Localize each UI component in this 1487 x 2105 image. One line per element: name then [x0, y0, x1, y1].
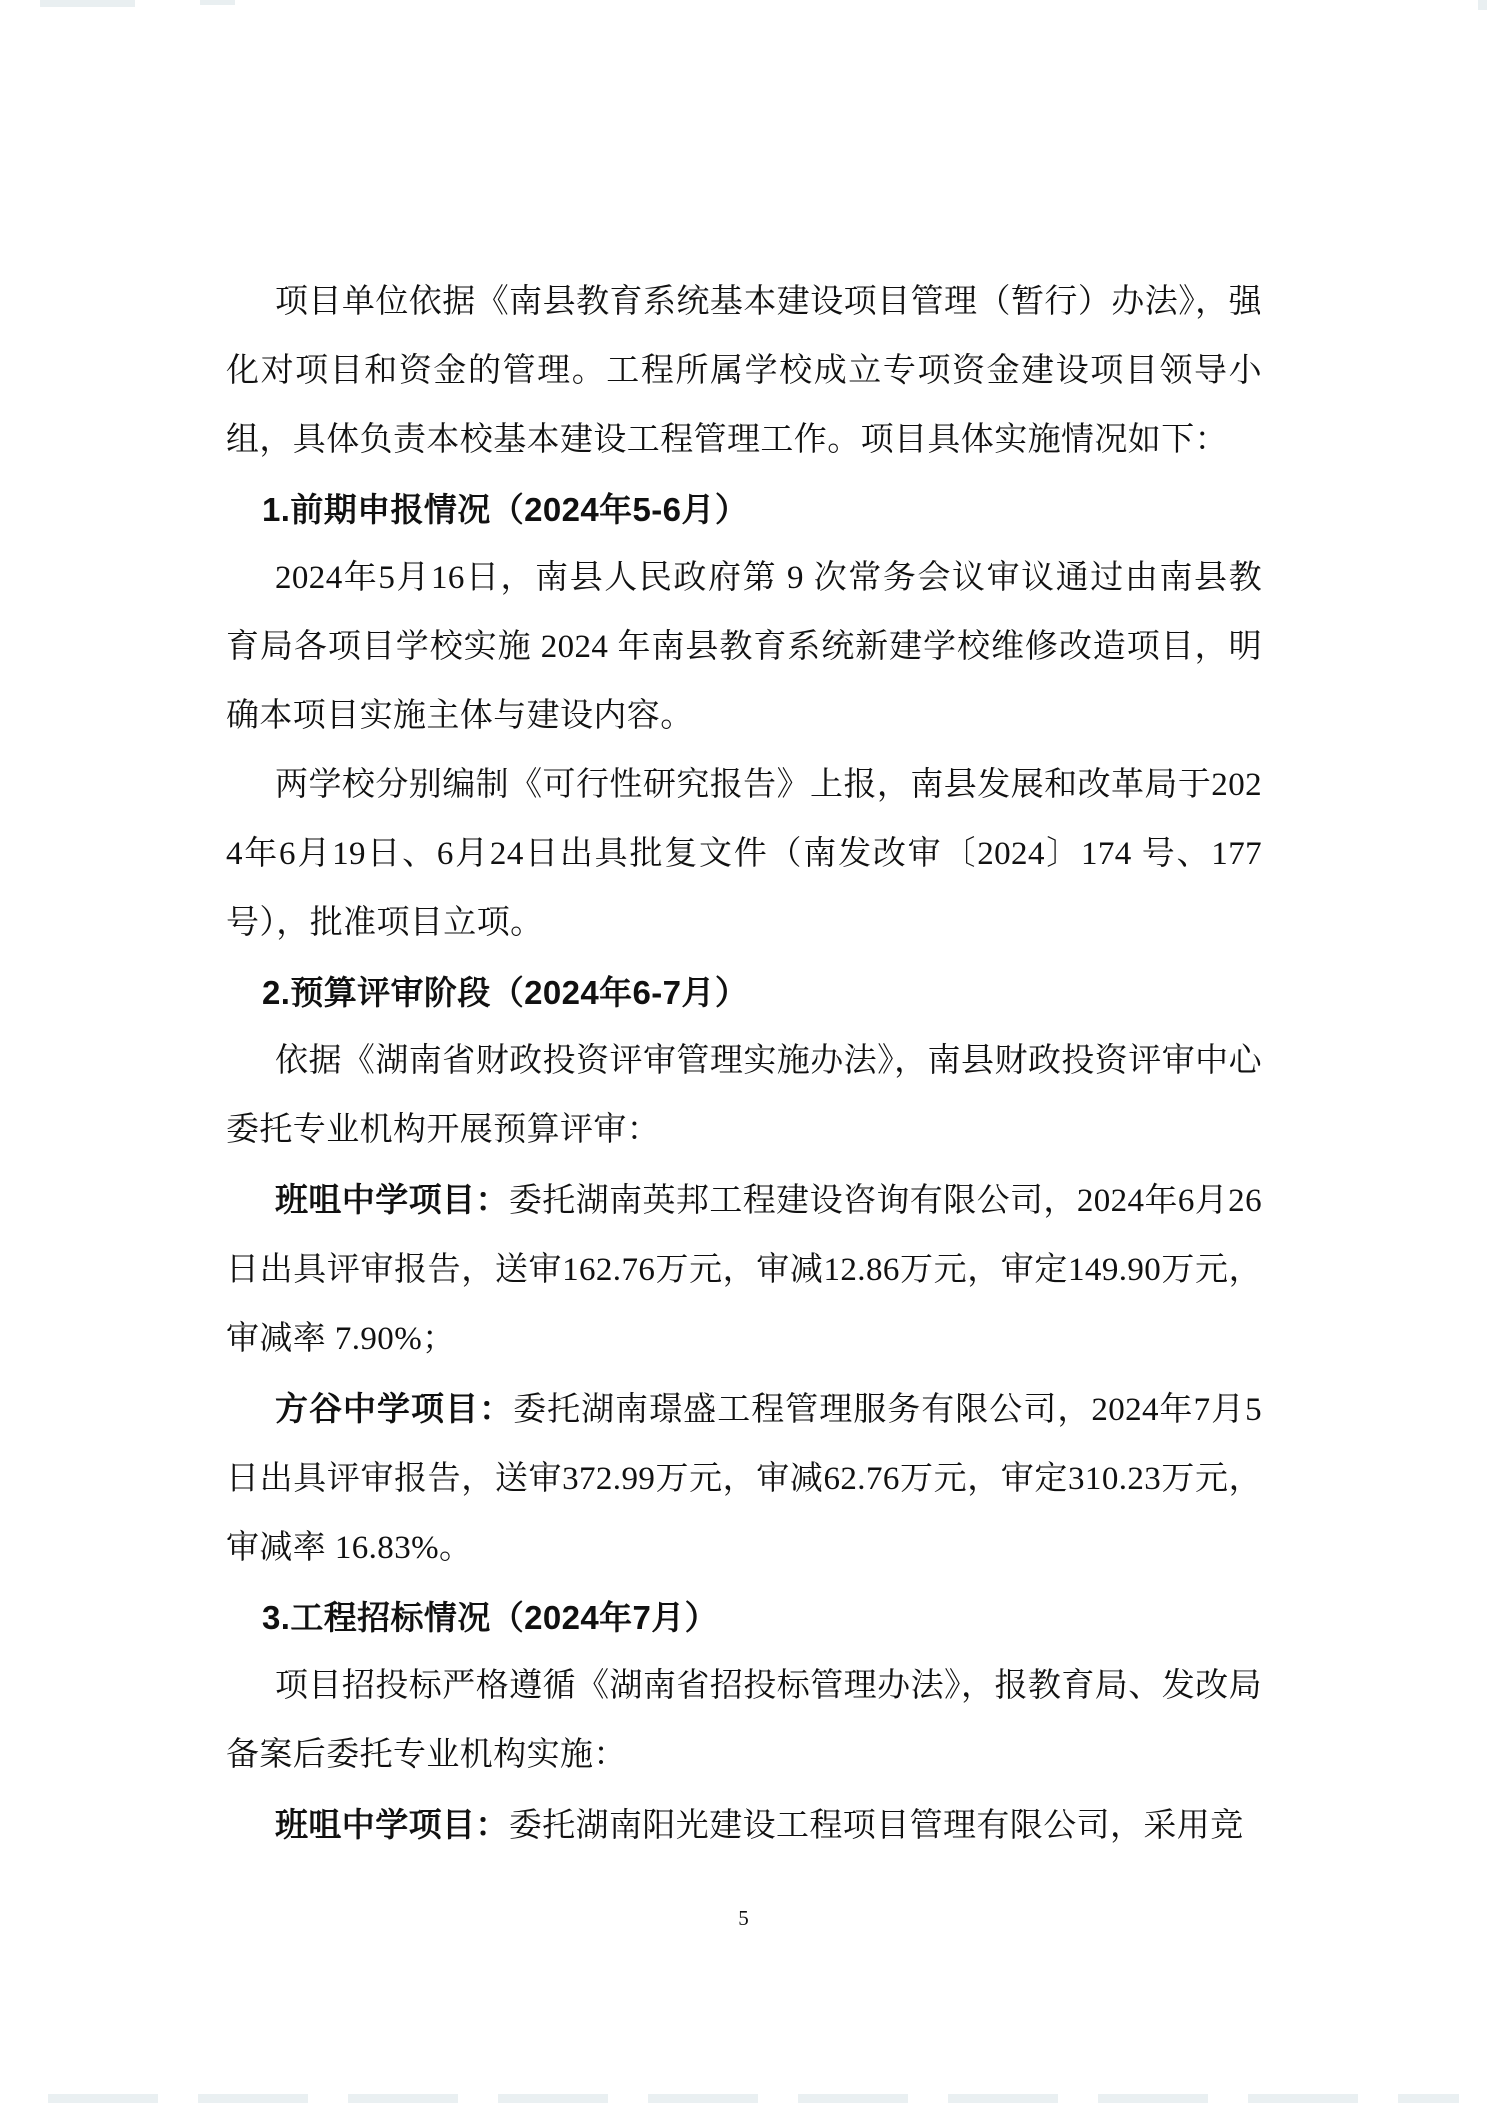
paragraph-feasibility-approval: 两学校分别编制《可行性研究报告》上报，南县发展和改革局于2024年6月19日、6… — [226, 751, 1262, 958]
section-heading-3: 3.工程招标情况（2024年7月） — [226, 1583, 1262, 1652]
paragraph-fanggu-budget: 方谷中学项目：委托湖南璟盛工程管理服务有限公司，2024年7月5日出具评审报告，… — [226, 1374, 1262, 1583]
paragraph-budget-review-intro: 依据《湖南省财政投资评审管理实施办法》，南县财政投资评审中心委托专业机构开展预算… — [226, 1027, 1262, 1165]
document-page: 项目单位依据《南县教育系统基本建设项目管理（暂行）办法》，强化对项目和资金的管理… — [0, 0, 1487, 2105]
project-label-banju: 班咀中学项目： — [275, 1806, 509, 1843]
project-label-banju: 班咀中学项目： — [275, 1181, 509, 1218]
paragraph-banju-bidding: 班咀中学项目：委托湖南阳光建设工程项目管理有限公司，采用竞 — [226, 1790, 1262, 1861]
page-number: 5 — [0, 1906, 1487, 1931]
scan-artifact-top — [40, 0, 135, 7]
project-label-fanggu: 方谷中学项目： — [275, 1390, 513, 1427]
scan-artifact-top — [200, 0, 235, 5]
section-heading-1: 1.前期申报情况（2024年5-6月） — [226, 475, 1262, 544]
paragraph-government-meeting: 2024年5月16日，南县人民政府第 9 次常务会议审议通过由南县教育局各项目学… — [226, 544, 1262, 751]
scan-artifact-bottom — [48, 2094, 1459, 2103]
paragraph-banju-budget: 班咀中学项目：委托湖南英邦工程建设咨询有限公司，2024年6月26日出具评审报告… — [226, 1165, 1262, 1374]
paragraph-bidding-intro: 项目招投标严格遵循《湖南省招投标管理办法》，报教育局、发改局备案后委托专业机构实… — [226, 1652, 1262, 1790]
scan-artifact-top — [1478, 0, 1487, 10]
page-content: 项目单位依据《南县教育系统基本建设项目管理（暂行）办法》，强化对项目和资金的管理… — [226, 268, 1262, 1861]
paragraph-intro: 项目单位依据《南县教育系统基本建设项目管理（暂行）办法》，强化对项目和资金的管理… — [226, 268, 1262, 475]
paragraph-text: 委托湖南阳光建设工程项目管理有限公司，采用竞 — [509, 1808, 1244, 1844]
section-heading-2: 2.预算评审阶段（2024年6-7月） — [226, 958, 1262, 1027]
